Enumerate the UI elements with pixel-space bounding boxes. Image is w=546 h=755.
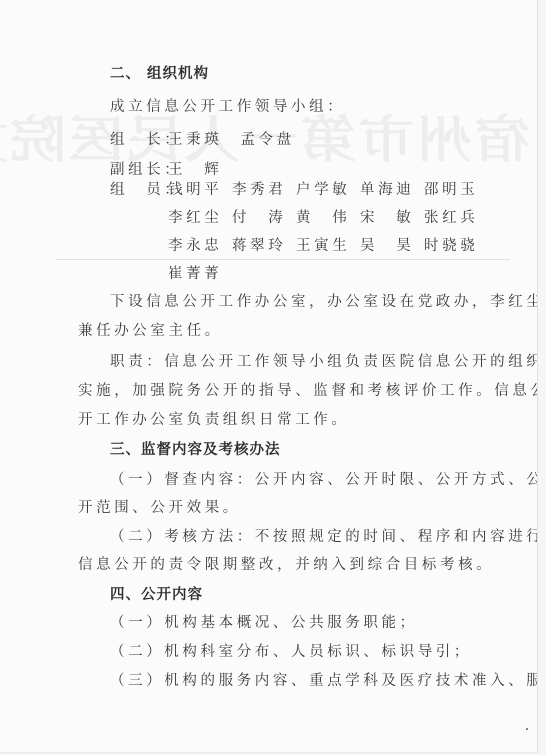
document-page: 宿州市第一人民医院文件 二、 组织机构 成立信息公开工作领导小组： 组 长： 王… — [0, 0, 538, 753]
supervision-item-line: （二）考核方法：不按照规定的时间、程序和内容进行 — [110, 527, 538, 547]
member-name: 李秀君 — [232, 180, 296, 200]
member-name: 崔菁菁 — [168, 264, 232, 284]
supervision-item-line: 信息公开的责令限期整改，并纳入到综合目标考核。 — [78, 555, 494, 575]
member-name: 蒋翠玲 — [232, 236, 296, 256]
member-name: 付 涛 — [232, 208, 296, 228]
content-item: （三）机构的服务内容、重点学科及医疗技术准入、服 — [110, 671, 538, 691]
member-name: 宋 敏 — [360, 208, 424, 228]
member-name: 李永忠 — [168, 236, 232, 256]
supervision-item-line: 开范围、公开效果。 — [78, 498, 241, 518]
member-name: 钱明平 — [168, 180, 232, 200]
content-item: （二）机构科室分布、人员标识、标识导引； — [110, 642, 472, 662]
leader-names: 王秉瑛 孟令盘 — [168, 130, 295, 150]
member-name: 黄 伟 — [296, 208, 360, 228]
member-name: 王寅生 — [296, 236, 360, 256]
duty-paragraph-line: 职责：信息公开工作领导小组负责医院信息公开的组织 — [110, 352, 538, 372]
duty-paragraph-line: 实施，加强院务公开的指导、监督和考核评价工作。信息公 — [78, 381, 538, 401]
scan-speck — [526, 728, 528, 730]
members-row: 钱明平李秀君户学敏单海迪邵明玉 — [168, 180, 488, 200]
supervision-item-line: （一）督查内容：公开内容、公开时限、公开方式、公 — [110, 470, 538, 490]
org-intro: 成立信息公开工作领导小组： — [110, 97, 345, 117]
members-row: 李永忠蒋翠玲王寅生吴 昊时骁骁 — [168, 236, 488, 256]
members-row: 李红尘付 涛黄 伟宋 敏张红兵 — [168, 208, 488, 228]
duty-paragraph-line: 开工作办公室负责组织日常工作。 — [78, 410, 350, 430]
section-heading-org: 二、 组织机构 — [110, 64, 209, 84]
member-name: 李红尘 — [168, 208, 232, 228]
member-name: 张红兵 — [424, 208, 488, 228]
member-name: 单海迪 — [360, 180, 424, 200]
section-heading-supervision: 三、监督内容及考核办法 — [110, 440, 281, 460]
office-paragraph-line: 兼任办公室主任。 — [78, 321, 223, 341]
members-row: 崔菁菁 — [168, 264, 232, 284]
deputy-name: 王 辉 — [168, 160, 222, 180]
member-name: 吴 昊 — [360, 236, 424, 256]
bleed-through-rule — [55, 259, 510, 260]
member-name: 户学敏 — [296, 180, 360, 200]
member-name: 邵明玉 — [424, 180, 488, 200]
member-name: 时骁骁 — [424, 236, 488, 256]
content-item: （一）机构基本概况、公共服务职能； — [110, 613, 418, 633]
office-paragraph-line: 下设信息公开工作办公室，办公室设在党政办，李红尘 — [110, 292, 538, 312]
section-heading-content: 四、公开内容 — [110, 585, 203, 605]
